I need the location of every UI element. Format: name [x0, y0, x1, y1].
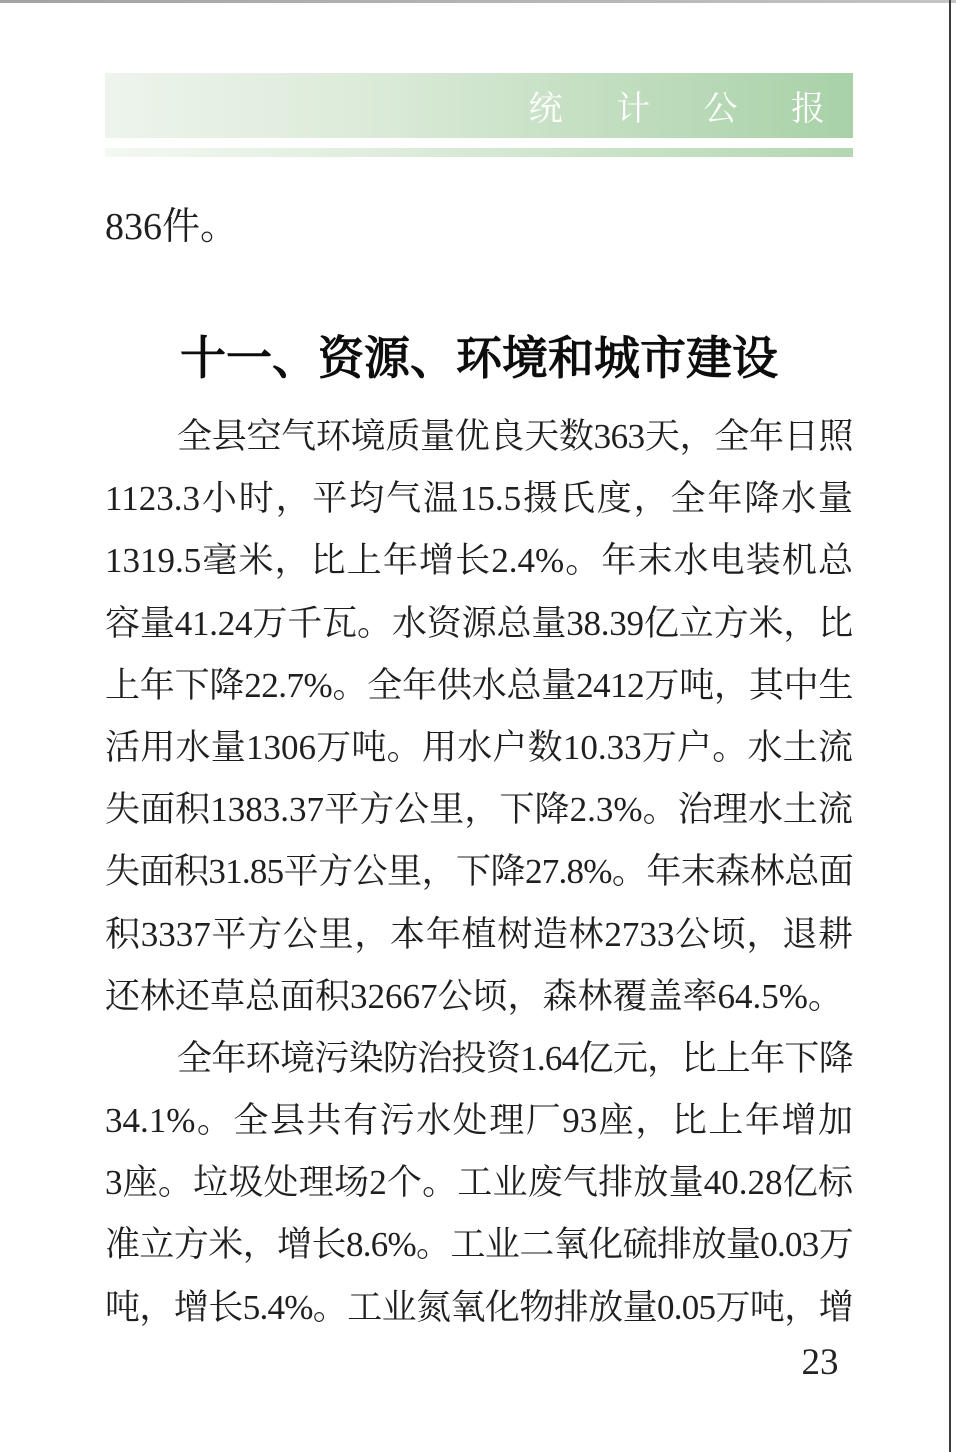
section-heading: 十一、资源、环境和城市建设 — [105, 328, 853, 388]
body-text: 全县空气环境质量优良天数363天，全年日照 1123.3小时，平均气温15.5摄… — [105, 406, 853, 1339]
text-line: 1123.3小时，平均气温15.5摄氏度，全年降水量 — [105, 468, 853, 530]
text-line: 还林还草总面积32667公顷，森林覆盖率64.5%。 — [105, 966, 853, 1028]
carryover-text: 836件。 — [105, 203, 853, 251]
scan-edge-right-line — [949, 0, 951, 1452]
paragraph-2: 全年环境污染防治投资1.64亿元，比上年下降 34.1%。全县共有污水处理厂93… — [105, 1028, 853, 1339]
text-line: 积3337平方公里，本年植树造林2733公顷，退耕 — [105, 904, 853, 966]
header-underline-strip — [105, 148, 853, 157]
paragraph-1: 全县空气环境质量优良天数363天，全年日照 1123.3小时，平均气温15.5摄… — [105, 406, 853, 1028]
text-line: 34.1%。全县共有污水处理厂93座，比上年增加 — [105, 1090, 853, 1152]
text-line: 上年下降22.7%。全年供水总量2412万吨，其中生 — [105, 655, 853, 717]
text-line: 全年环境污染防治投资1.64亿元，比上年下降 — [105, 1028, 853, 1090]
text-line: 容量41.24万千瓦。水资源总量38.39亿立方米，比 — [105, 593, 853, 655]
text-line: 1319.5毫米，比上年增长2.4%。年末水电装机总 — [105, 530, 853, 592]
text-line: 失面积31.85平方公里，下降27.8%。年末森林总面 — [105, 841, 853, 903]
text-line: 3座。垃圾处理场2个。工业废气排放量40.28亿标 — [105, 1152, 853, 1214]
header-title: 统 计 公 报 — [529, 81, 847, 130]
page-header-band: 统 计 公 报 — [105, 73, 853, 138]
text-line: 活用水量1306万吨。用水户数10.33万户。水土流 — [105, 717, 853, 779]
scan-edge-top-line — [0, 0, 956, 3]
page-number: 23 — [780, 1340, 860, 1386]
text-line: 准立方米，增长8.6%。工业二氧化硫排放量0.03万 — [105, 1214, 853, 1276]
text-line: 失面积1383.37平方公里，下降2.3%。治理水土流 — [105, 779, 853, 841]
bulletin-page: 统 计 公 报 836件。 十一、资源、环境和城市建设 全县空气环境质量优良天数… — [0, 0, 956, 1452]
text-line: 吨，增长5.4%。工业氮氧化物排放量0.05万吨，增 — [105, 1277, 853, 1339]
text-line: 全县空气环境质量优良天数363天，全年日照 — [105, 406, 853, 468]
